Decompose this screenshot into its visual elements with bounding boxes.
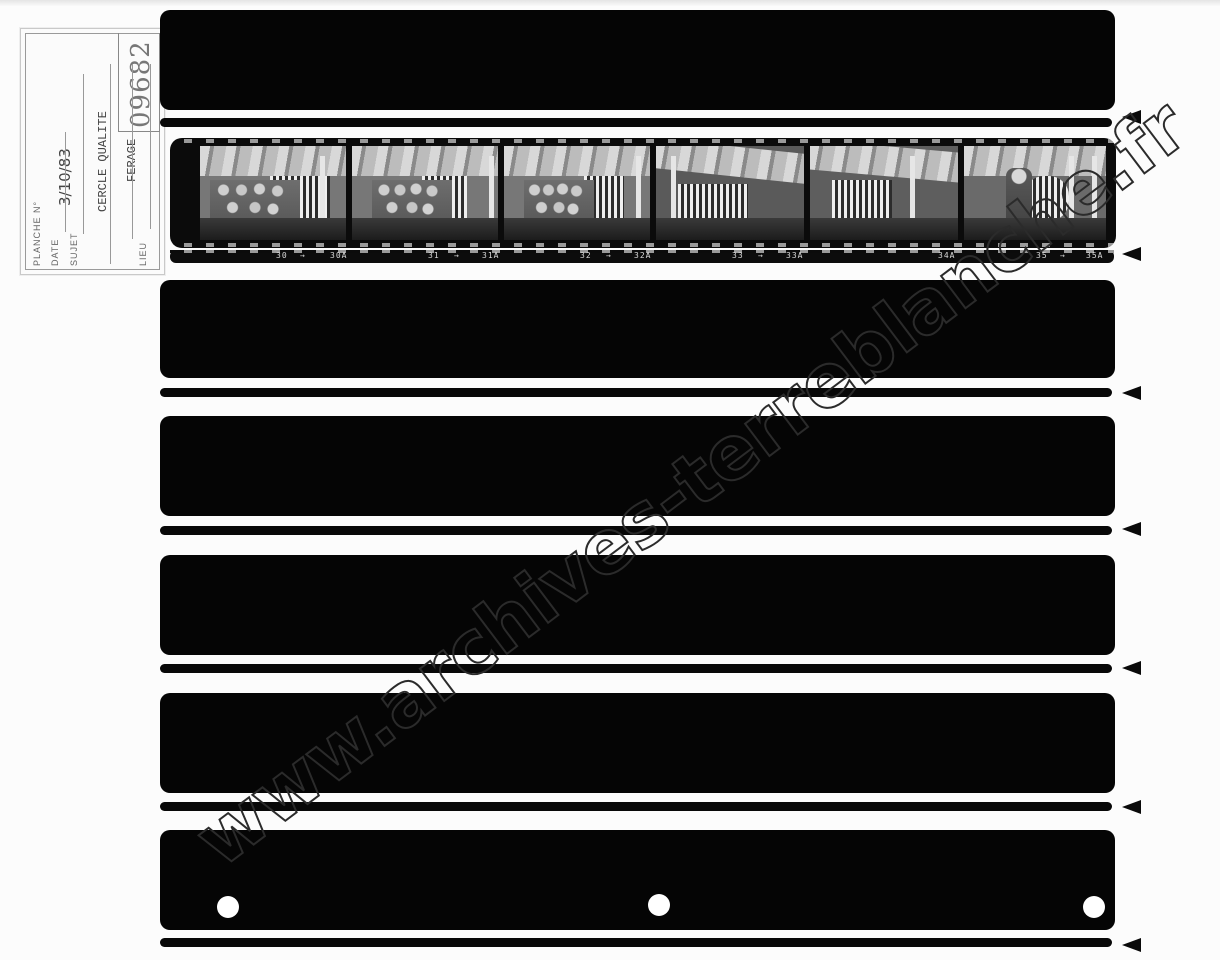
sujet-line-1-rule xyxy=(110,64,111,264)
label-card-frame: 09682 PLANCHE N° DATE 3/10/83 SUJET CERC… xyxy=(25,33,160,270)
strip-edge-bar-4 xyxy=(160,664,1112,673)
edge-arrow: → xyxy=(300,251,306,260)
empty-film-strip-6 xyxy=(160,830,1115,930)
label-card: 09682 PLANCHE N° DATE 3/10/83 SUJET CERC… xyxy=(20,28,165,275)
frame-35 xyxy=(964,146,1106,240)
edge-arrow: → xyxy=(1060,251,1066,260)
edge-arrow: → xyxy=(606,251,612,260)
edge-number: 35 xyxy=(1036,251,1048,260)
left-triangle-icon xyxy=(1122,522,1141,536)
left-triangle-icon xyxy=(1122,110,1141,124)
lieu-underline xyxy=(150,64,151,229)
lieu-label: LIEU xyxy=(138,242,148,266)
strip-edge-bar-3 xyxy=(160,526,1112,535)
planche-label: PLANCHE N° xyxy=(32,201,42,266)
empty-film-strip-1 xyxy=(160,10,1115,110)
planche-number: 09682 xyxy=(126,40,156,128)
left-triangle-icon xyxy=(1122,938,1141,952)
left-triangle-icon xyxy=(1122,247,1141,261)
sujet-label: SUJET xyxy=(69,232,79,266)
strip-edge-bar-5 xyxy=(160,802,1112,811)
binder-hole xyxy=(648,894,670,916)
frame-32 xyxy=(504,146,650,240)
film-edge-markings: 30 → 30A 31 → 31A 32 → 32A 33 → 33A 34A … xyxy=(170,250,1114,263)
sujet-line-2-rule xyxy=(132,64,133,239)
left-triangle-icon xyxy=(1122,661,1141,675)
left-triangle-icon xyxy=(1122,386,1141,400)
empty-film-strip-3 xyxy=(160,416,1115,516)
frame-30 xyxy=(200,146,346,240)
edge-arrow: → xyxy=(454,251,460,260)
binder-hole xyxy=(1083,896,1105,918)
edge-number: 32A xyxy=(634,251,651,260)
sujet-line-1: CERCLE QUALITE xyxy=(96,111,110,212)
empty-film-strip-2 xyxy=(160,280,1115,378)
empty-film-strip-4 xyxy=(160,555,1115,655)
edge-number: 30 xyxy=(276,251,288,260)
exposed-film-strip xyxy=(170,138,1116,248)
sprocket-holes-top xyxy=(170,139,1116,143)
date-label: DATE xyxy=(50,239,60,266)
strip-edge-bar-2 xyxy=(160,388,1112,397)
edge-number: 33 xyxy=(732,251,744,260)
frame-31 xyxy=(352,146,498,240)
sujet-underline xyxy=(83,74,84,234)
strip-edge-bar-6 xyxy=(160,938,1112,947)
empty-film-strip-5 xyxy=(160,693,1115,793)
edge-number: 31 xyxy=(428,251,440,260)
edge-arrow: → xyxy=(758,251,764,260)
edge-number: 32 xyxy=(580,251,592,260)
left-triangle-icon xyxy=(1122,800,1141,814)
frame-34 xyxy=(810,146,958,240)
scan-top-edge xyxy=(0,0,1220,6)
frame-33 xyxy=(656,146,804,240)
edge-number: 33A xyxy=(786,251,803,260)
binder-hole xyxy=(217,896,239,918)
sprocket-holes-bottom xyxy=(170,243,1116,247)
edge-number: 30A xyxy=(330,251,347,260)
date-underline xyxy=(65,132,66,232)
contact-sheet: 09682 PLANCHE N° DATE 3/10/83 SUJET CERC… xyxy=(0,0,1220,960)
strip-edge-bar-1 xyxy=(160,118,1112,127)
edge-number: 34A xyxy=(938,251,955,260)
edge-number: 35A xyxy=(1086,251,1103,260)
edge-number: 31A xyxy=(482,251,499,260)
